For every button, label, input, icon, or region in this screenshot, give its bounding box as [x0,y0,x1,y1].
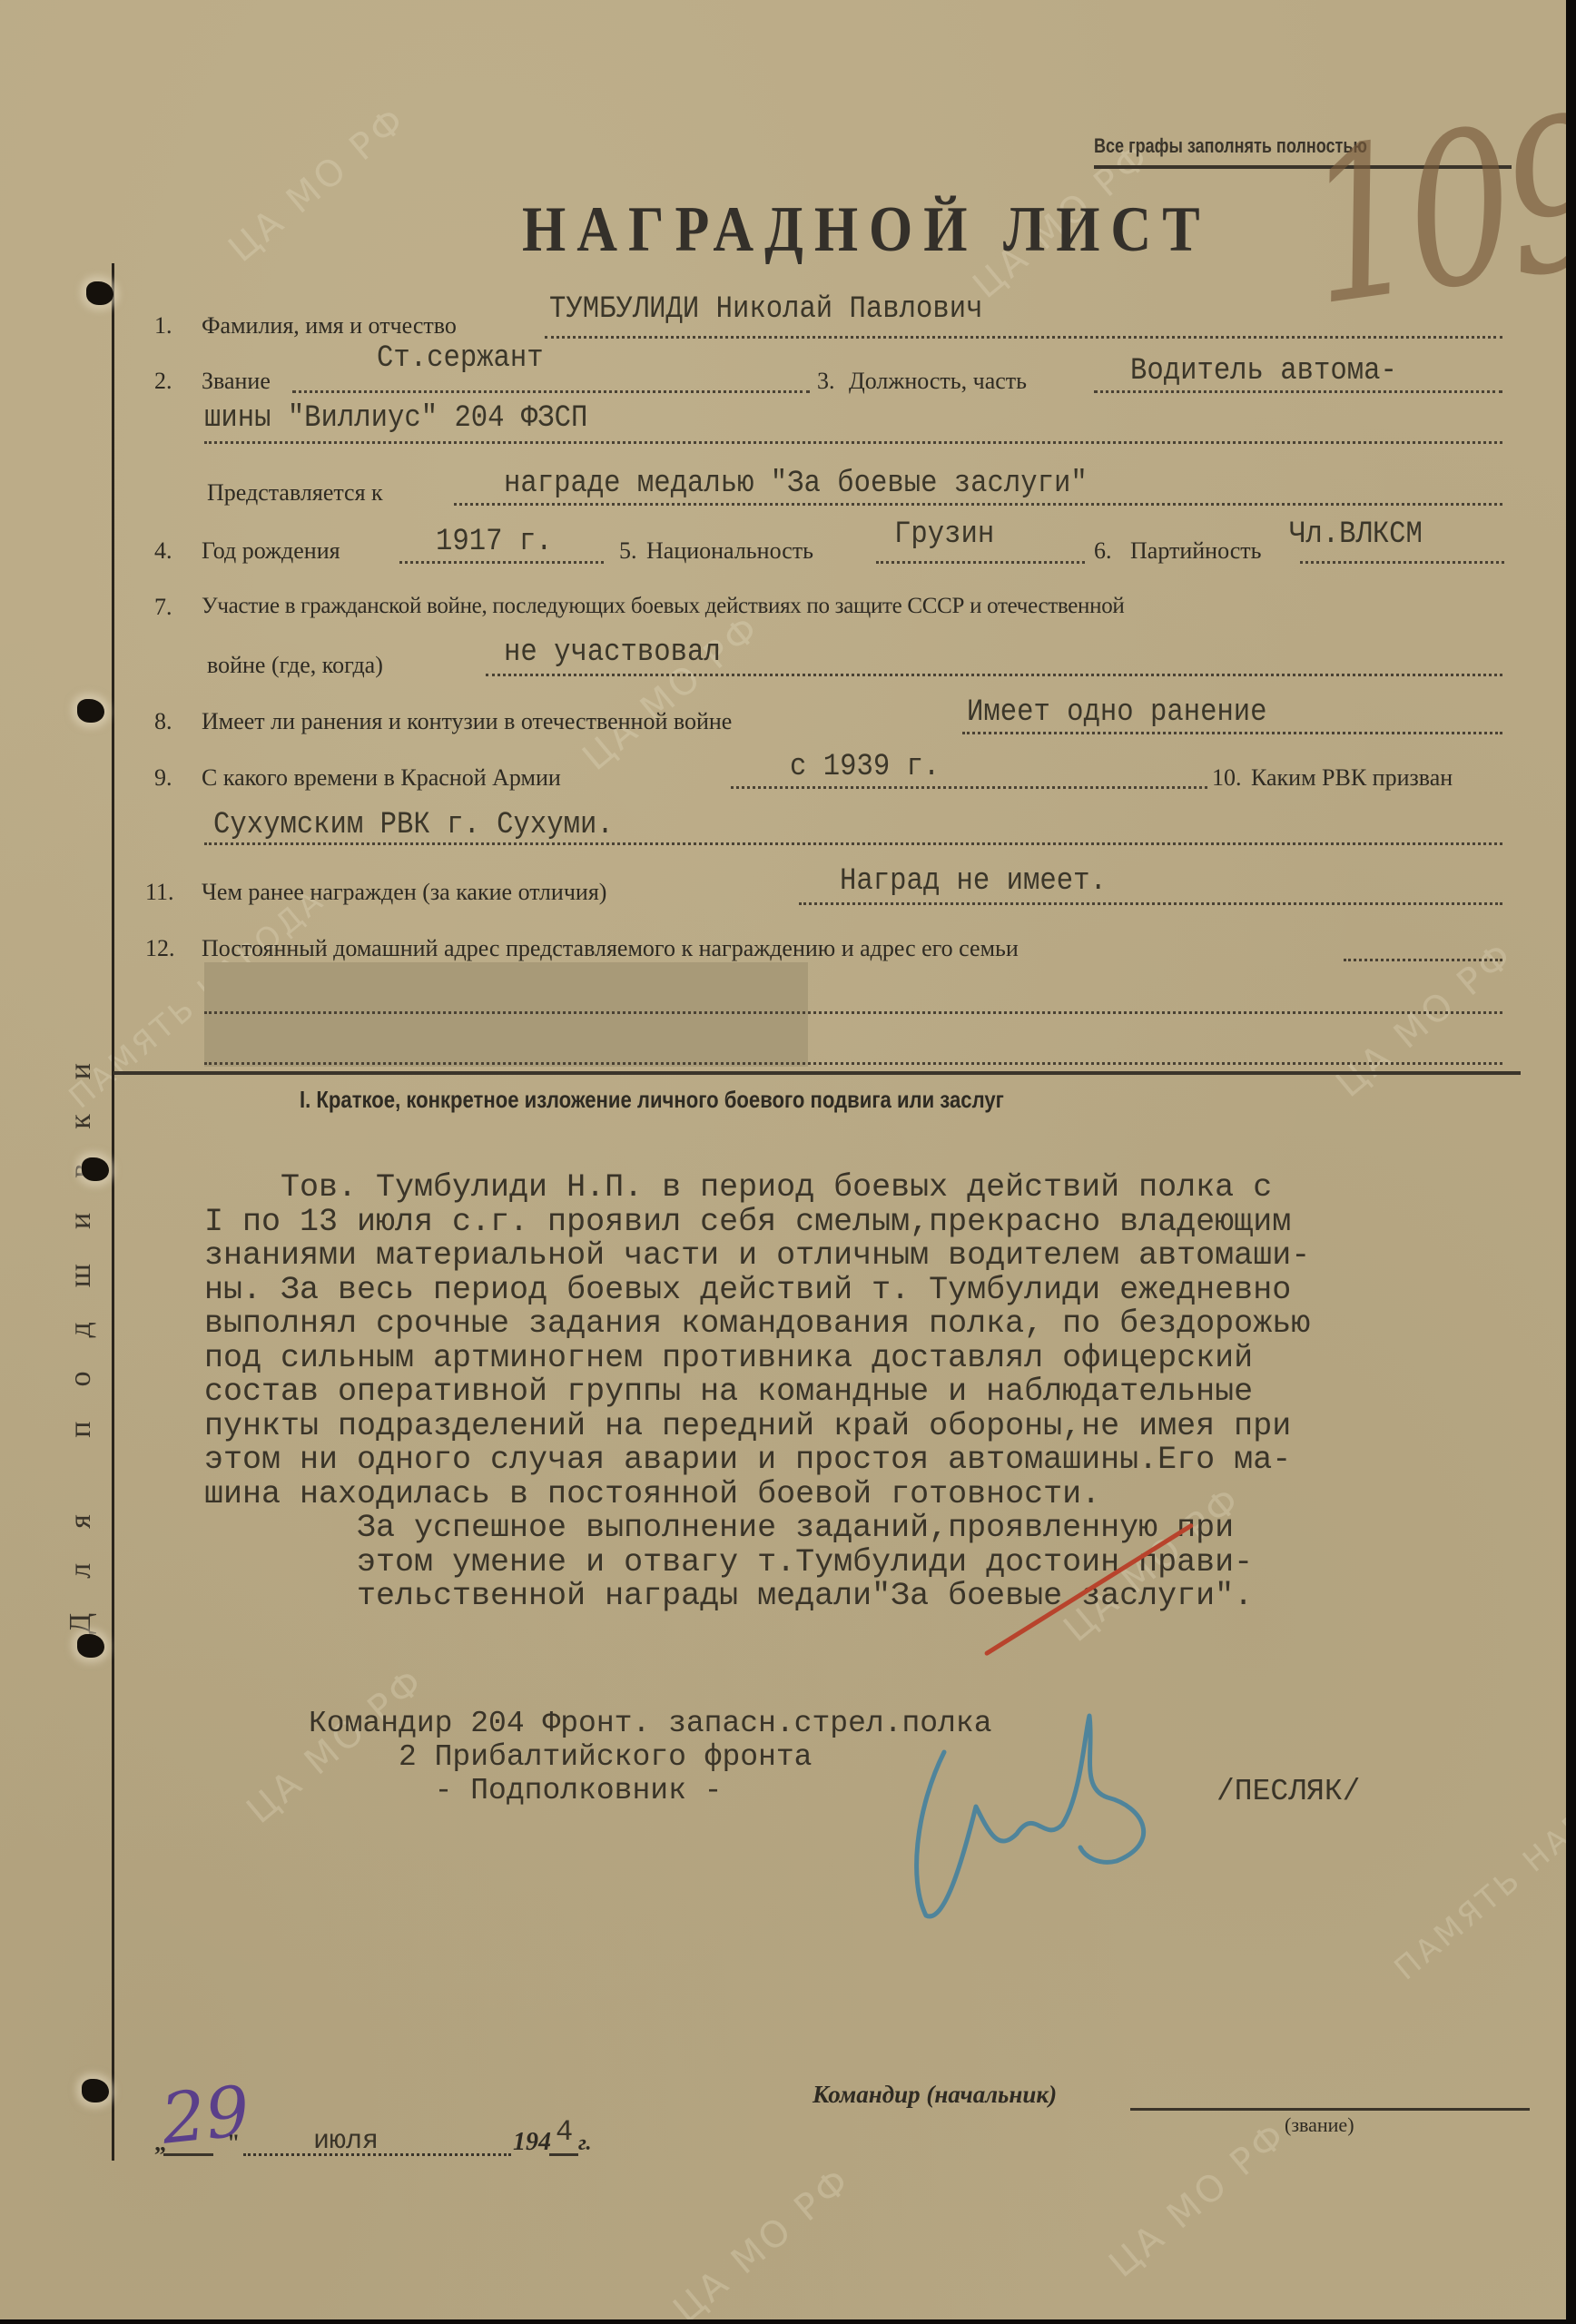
field-6-value: Чл.ВЛКСМ [1289,517,1423,552]
field-7-line [486,674,1502,676]
field-3-value: Водитель автома- [1130,354,1397,389]
field-12-line [1344,959,1502,961]
field-6-number: 6. [1094,537,1112,565]
archive-number-handwritten: 109 [1293,72,1566,353]
date-month: июля [313,2126,379,2157]
field-4-label: Год рождения [202,537,340,565]
redacted-address-block [204,962,808,1067]
field-8-value: Имеет одно ранение [967,695,1267,730]
field-7-number: 7. [154,594,172,621]
binding-margin-rule [112,263,114,2161]
merit-line: Тов. Тумбулиди Н.П. в период боевых дейс… [204,1171,1493,1206]
merit-line: знаниями материальной части и отличным в… [204,1239,1493,1274]
field-12-label: Постоянный домашний адрес представляемог… [202,935,1019,962]
watermark: ЦА МО РФ [221,98,415,271]
merit-line: За успешное выполнение заданий,проявленн… [204,1512,1493,1546]
field-6-label: Партийность [1130,537,1262,565]
award-sheet-page: ЦА МО РФ ЦА МО РФ ЦА МО РФ ЦА МО РФ ЦА М… [0,0,1566,2319]
date-year-digit: 4 [556,2115,573,2149]
commander-signature-line [1130,2108,1530,2111]
field-3-line-continued [204,441,1502,444]
watermark: ЦА МО РФ [575,606,769,779]
field-7-label: Участие в гражданской войне, последующих… [202,594,1125,619]
merit-line: состав оперативной группы на командные и… [204,1375,1493,1410]
section-heading: I. Краткое, конкретное изложение личного… [300,1086,1004,1114]
field-1-line [545,336,1502,339]
rank-caption: (звание) [1285,2113,1354,2137]
presented-for-value: награде медалью "За боевые заслуги" [504,467,1088,501]
field-3-label: Должность, часть [849,368,1027,395]
field-1-label: Фамилия, имя и отчество [202,312,457,340]
date-month-line [243,2153,511,2156]
field-1-number: 1. [154,312,172,340]
punch-hole-icon [77,1634,104,1658]
document-title: НАГРАДНОЙ ЛИСТ [522,193,1211,268]
field-12-line-2 [204,1011,1502,1014]
field-4-line [399,561,604,564]
merit-line: I по 13 июля с.г. проявил себя смелым,пр… [204,1206,1493,1240]
merit-description: Тов. Тумбулиди Н.П. в период боевых дейс… [204,1171,1493,1614]
field-12-line-3 [204,1062,1502,1065]
field-7-label-continued: войне (где, когда) [207,652,383,679]
merit-line: шина находилась в постоянной боевой гото… [204,1478,1493,1512]
date-year-prefix: 194 [513,2128,551,2157]
field-4-number: 4. [154,537,172,565]
merit-line: под сильным артминогнем противника доста… [204,1342,1493,1376]
punch-hole-icon [86,281,113,305]
field-10-line [204,842,1502,845]
field-9-number: 9. [154,764,172,792]
field-5-number: 5. [619,537,637,565]
field-11-value: Наград не имеет. [840,864,1107,899]
field-5-line [876,561,1085,564]
field-2-number: 2. [154,368,172,395]
binding-margin-label: Для подшивки [64,635,100,1634]
field-5-value: Грузин [894,517,994,552]
field-3-value-continued: шины "Виллиус" 204 ФЗСП [204,401,587,436]
field-9-label: С какого времени в Красной Армии [202,764,561,792]
field-2-label: Звание [202,368,271,395]
field-8-line [962,732,1502,734]
punch-hole-icon [77,699,104,723]
field-12-number: 12. [145,935,175,962]
merit-line: тельственной награды медали"За боевые за… [204,1580,1493,1614]
section-divider [113,1071,1521,1075]
merit-line: ны. За весь период боевых действий т. Ту… [204,1274,1493,1308]
field-9-value: с 1939 г. [790,750,940,784]
punch-hole-icon [82,1157,109,1181]
punch-hole-icon [82,2079,109,2102]
field-4-value: 1917 г. [436,525,553,559]
presented-for-line [454,503,1502,506]
date-year-line [549,2153,578,2156]
field-9-line [731,786,1207,789]
field-10-value: Сухумским РВК г. Сухуми. [213,808,614,842]
field-11-number: 11. [145,879,174,906]
presented-for-label: Представляется к [207,479,383,507]
field-7-value: не участвовал [504,635,721,670]
merit-line: этом умение и отвагу т.Тумбулиди достоин… [204,1546,1493,1581]
field-2-line [292,390,810,393]
commander-label: Командир (начальник) [813,2081,1057,2109]
date-quote-close: " [227,2130,240,2157]
watermark-secondary: ПАМЯТЬ НАРОДА [1388,1753,1566,1988]
field-6-line [1300,561,1504,564]
field-10-label: Каким РВК призван [1251,764,1453,792]
field-11-line [799,902,1502,905]
watermark: ЦА МО РФ [665,2159,860,2319]
field-1-value: ТУМБУЛИДИ Николай Павлович [549,292,982,327]
field-10-number: 10. [1212,764,1242,792]
date-day-line [163,2153,213,2156]
field-8-number: 8. [154,708,172,735]
field-11-label: Чем ранее награжден (за какие отличия) [202,879,606,906]
merit-line: пункты подразделений на передний край об… [204,1410,1493,1444]
field-5-label: Национальность [646,537,813,565]
merit-line: этом ни одного случая аварии и простоя а… [204,1443,1493,1478]
handwritten-signature-icon [890,1698,1235,1934]
signatory-name: /ПЕСЛЯК/ [1216,1775,1360,1808]
field-3-number: 3. [817,368,835,395]
field-3-line [1094,390,1502,393]
merit-line: выполнял срочные задания командования по… [204,1307,1493,1342]
field-2-value: Ст.сержант [377,341,544,376]
watermark: ЦА МО РФ [1101,2113,1295,2286]
field-8-label: Имеет ли ранения и контузии в отечествен… [202,708,732,735]
date-year-suffix: г. [578,2132,592,2156]
